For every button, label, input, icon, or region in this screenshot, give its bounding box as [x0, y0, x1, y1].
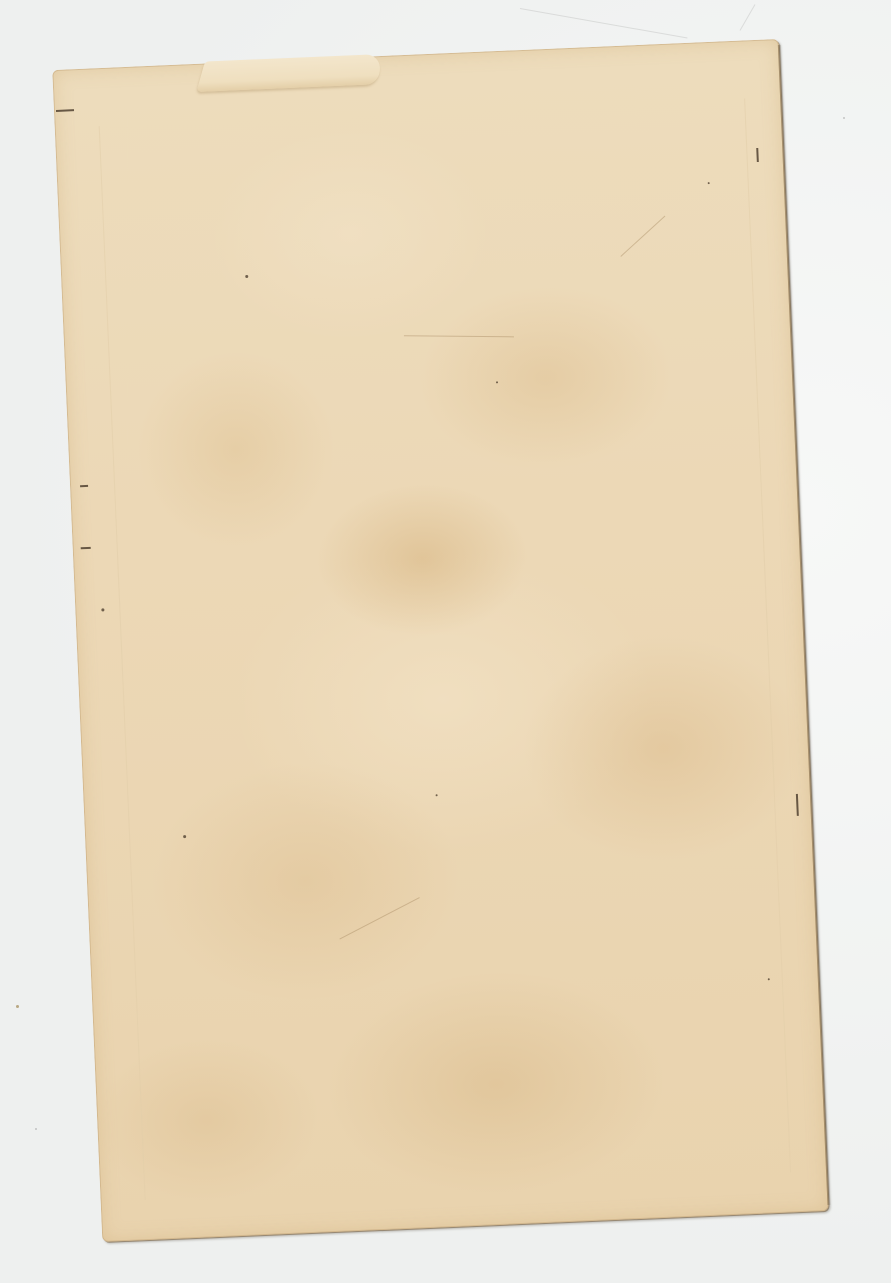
edge-mark: [796, 794, 799, 816]
speck: [768, 978, 770, 980]
speck: [496, 381, 498, 383]
background-speck: [843, 117, 845, 119]
edge-mark: [80, 485, 88, 487]
edge-mark: [81, 547, 91, 549]
background-speck: [16, 1005, 19, 1008]
card-inner-border: [99, 98, 791, 1200]
edge-mark: [56, 109, 74, 112]
speck: [708, 182, 710, 184]
speck: [245, 275, 248, 278]
aged-card: [52, 39, 828, 1242]
edge-mark: [756, 148, 759, 162]
background-speck: [35, 1128, 37, 1130]
speck: [183, 835, 186, 838]
speck: [436, 794, 438, 796]
speck: [101, 608, 104, 611]
